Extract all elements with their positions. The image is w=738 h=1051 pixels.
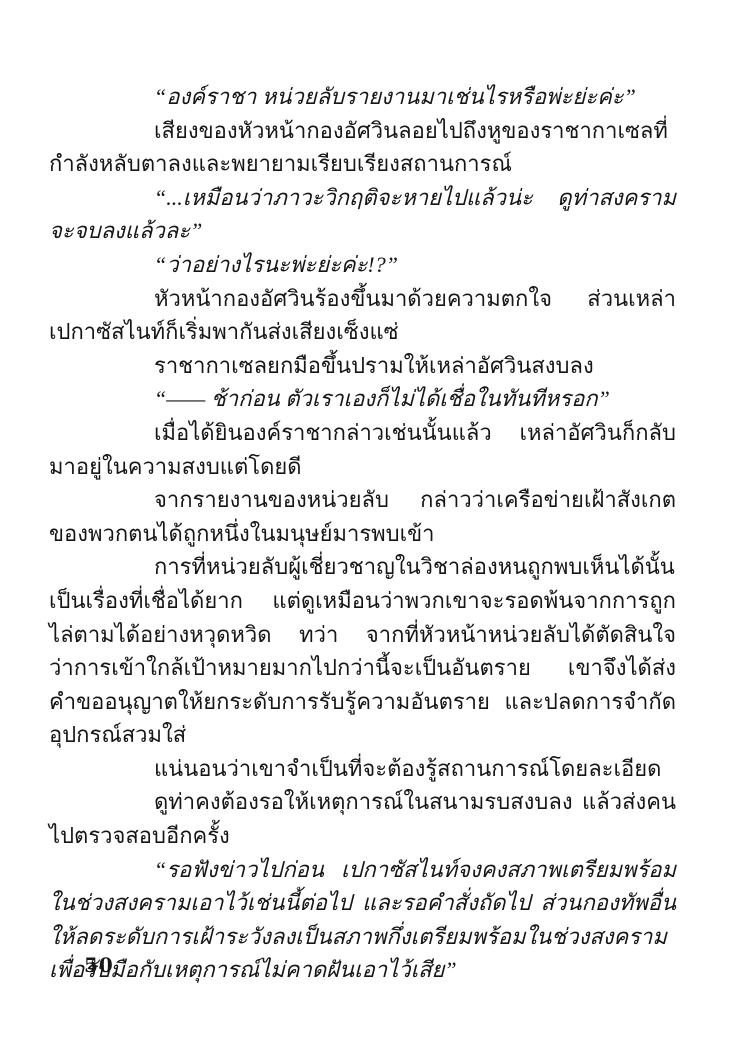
- paragraph: การที่หน่วยลับผู้เชี่ยวชาญในวิชาล่องหนถู…: [49, 550, 676, 752]
- paragraph: “รอฟังข่าวไปก่อน เปกาซัสไนท์จงคงสภาพเตรี…: [49, 853, 676, 987]
- paragraph: เสียงของหัวหน้ากองอัศวินลอยไปถึงหูของราช…: [49, 114, 676, 181]
- page-number: 50: [84, 953, 114, 977]
- paragraph: “ว่าอย่างไรนะพ่ะย่ะค่ะ!?”: [49, 248, 676, 282]
- paragraph: จากรายงานของหน่วยลับ กล่าวว่าเครือข่ายเฝ…: [49, 483, 676, 550]
- paragraph: “...เหมือนว่าภาวะวิกฤติจะหายไปแล้วน่ะ ดู…: [49, 181, 676, 248]
- paragraph: แน่นอนว่าเขาจำเป็นที่จะต้องรู้สถานการณ์โ…: [49, 752, 676, 786]
- book-page: “องค์ราชา หน่วยลับรายงานมาเช่นไรหรือพ่ะย…: [0, 0, 738, 1051]
- paragraph: ดูท่าคงต้องรอให้เหตุการณ์ในสนามรบสงบลง แ…: [49, 785, 676, 852]
- paragraph: เมื่อได้ยินองค์ราชากล่าวเช่นนั้นแล้ว เหล…: [49, 416, 676, 483]
- paragraph: หัวหน้ากองอัศวินร้องขึ้นมาด้วยความตกใจ ส…: [49, 282, 676, 349]
- page-text: “องค์ราชา หน่วยลับรายงานมาเช่นไรหรือพ่ะย…: [49, 80, 676, 987]
- paragraph: ราชากาเซลยกมือขึ้นปรามให้เหล่าอัศวินสงบล…: [49, 349, 676, 383]
- paragraph: “องค์ราชา หน่วยลับรายงานมาเช่นไรหรือพ่ะย…: [49, 80, 676, 114]
- paragraph: “—— ช้าก่อน ตัวเราเองก็ไม่ได้เชื่อในทันท…: [49, 382, 676, 416]
